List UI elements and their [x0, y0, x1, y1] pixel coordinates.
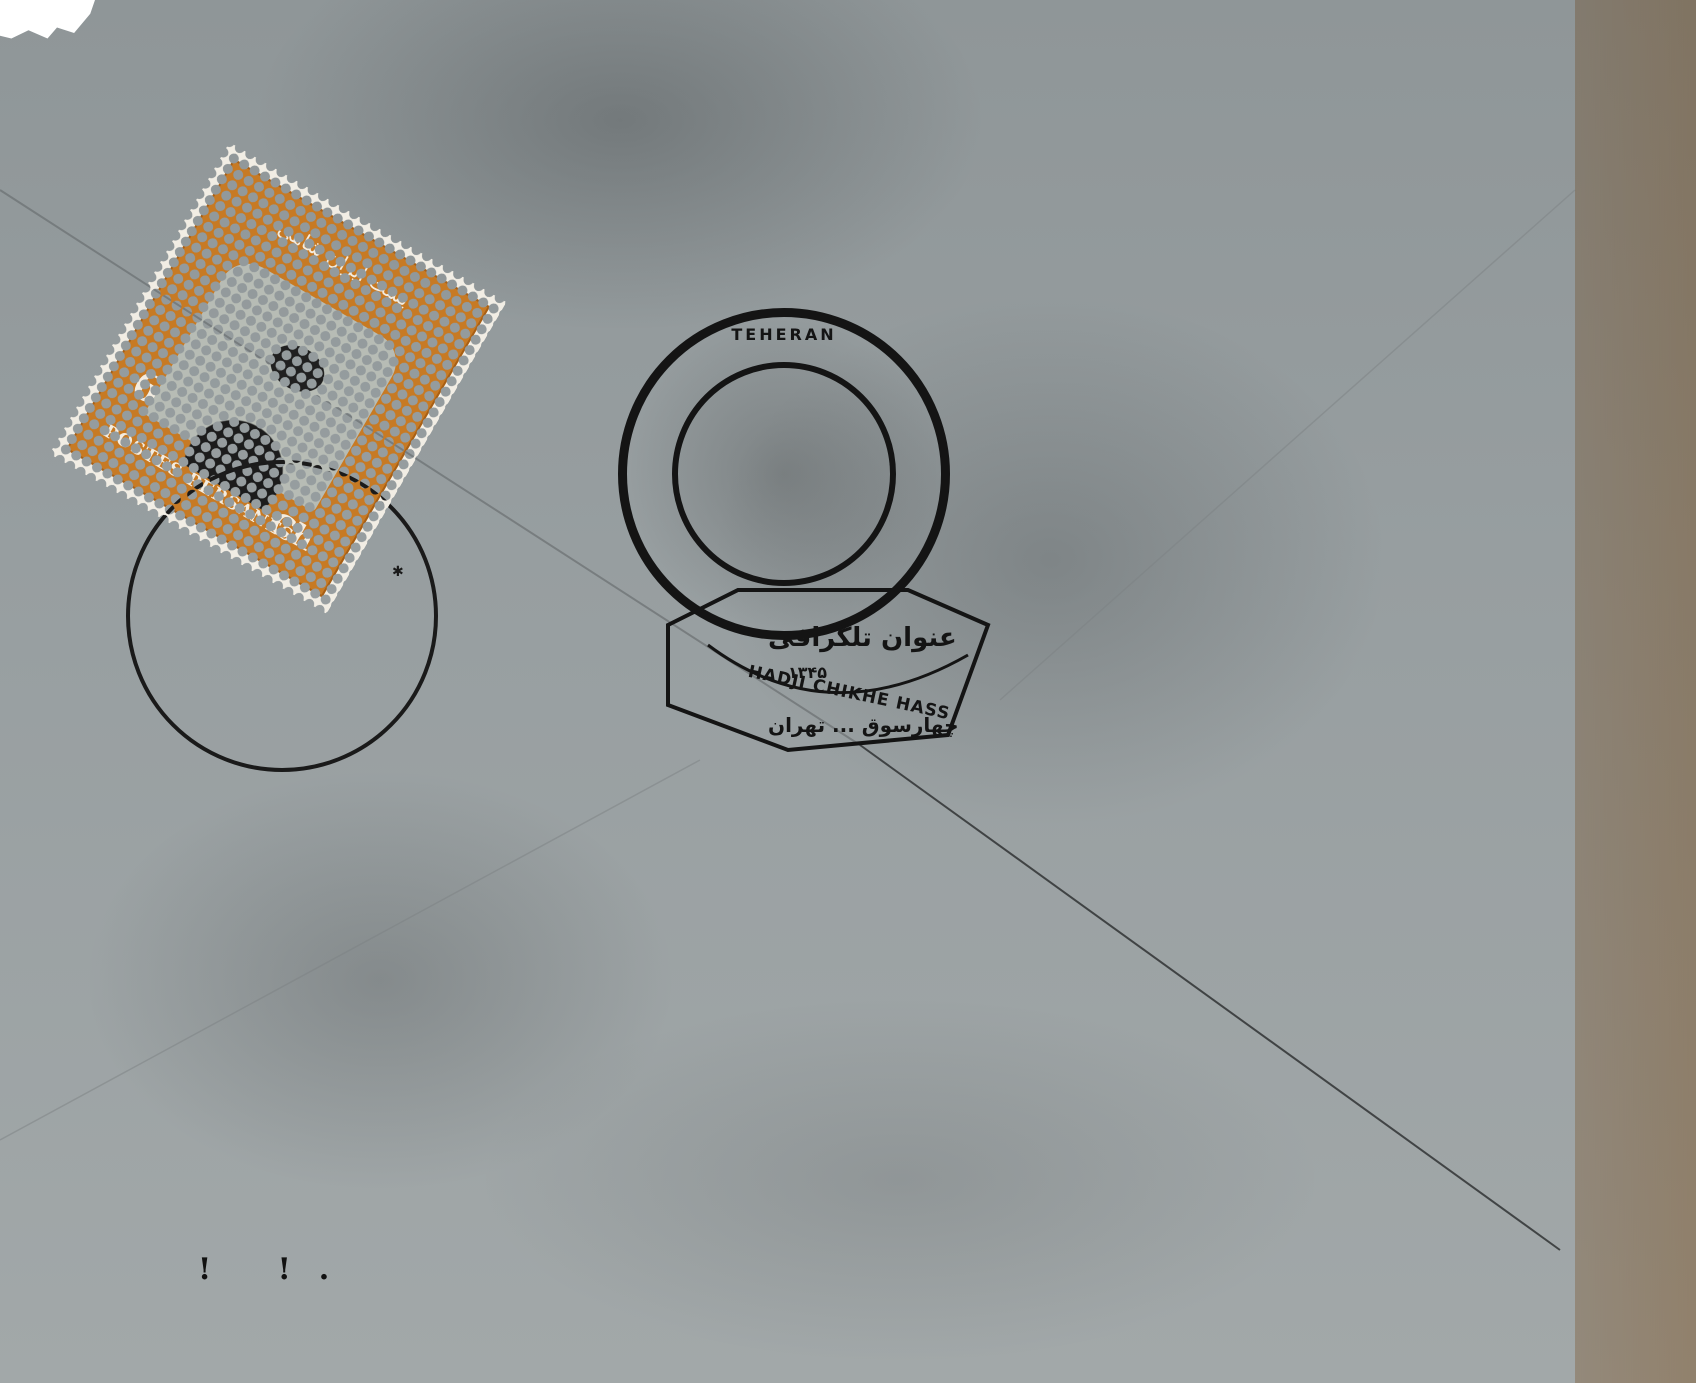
adhesive-tape-strip: [1575, 0, 1696, 1383]
envelope-scene: ✱ پست ایران شاهی 6 POSTES PERSANES Ch. T…: [0, 0, 1696, 1383]
postmark-star: ✱: [392, 564, 404, 580]
hexagonal-merchant-stamp: عنوان تلگرافی ۱۳۴۵ HADJI CHIKHE HASS چها…: [648, 585, 1008, 755]
seal-inner-ring: [672, 362, 896, 586]
seal-text: TEHERAN: [627, 325, 941, 344]
ink-marks: ! !.: [198, 1252, 357, 1287]
hex-stamp-bottom-text: چهارسوق ... تهران: [768, 713, 959, 737]
hex-stamp-persian-text: عنوان تلگرافی: [768, 623, 957, 653]
